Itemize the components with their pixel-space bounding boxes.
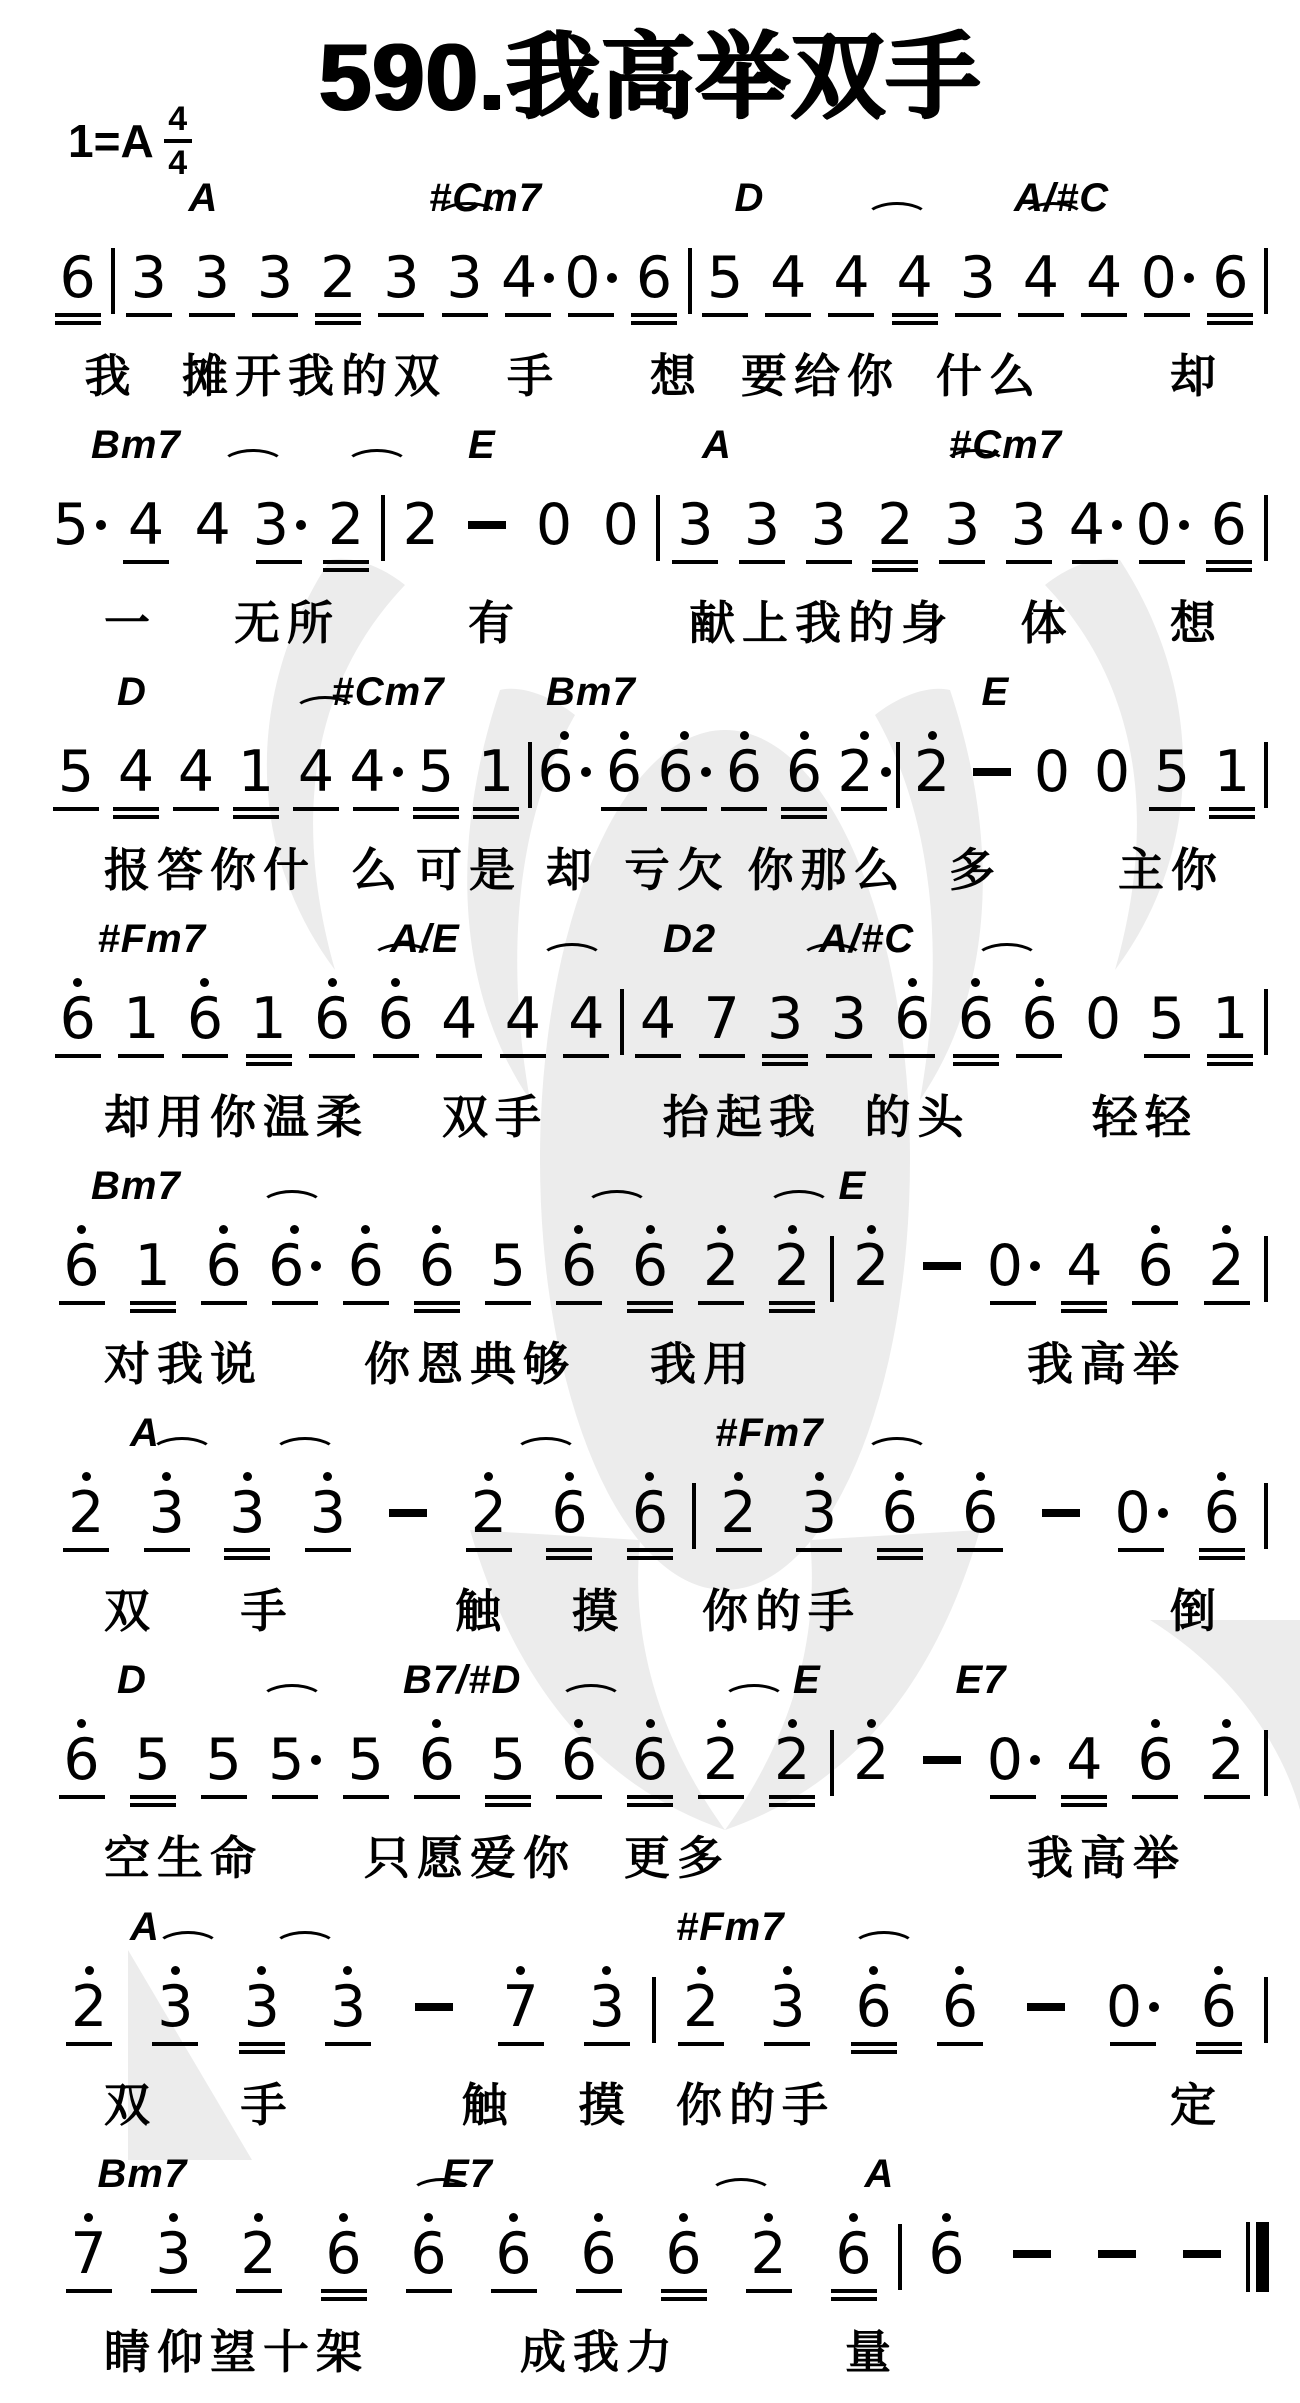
note: 3 [117,236,180,327]
underline [627,1548,673,1552]
note-digit: 4 [1086,248,1122,308]
note-digit: 4 [770,248,806,308]
note-digit: 0 [1135,495,1188,555]
lyric-group: 手 [241,1575,294,1641]
note: 1 [237,977,301,1068]
note: 6 [811,2212,896,2303]
underline-group [892,313,938,327]
note: 7 [477,1965,563,2056]
barline [526,730,534,808]
underline [584,2042,630,2046]
underline-group [721,807,767,821]
underline [831,2297,877,2301]
note-digit: 0 [1115,1483,1168,1543]
notes-row: 6161664444733666051 [0,977,1300,1075]
lyric-group: 无所 [234,587,340,653]
note-digit: 2 [403,495,439,555]
underline [765,313,811,317]
note: 3 [207,1471,288,1562]
slur-arc [709,2178,773,2210]
underline [627,1556,673,1560]
note: 3 [132,1965,218,2056]
note: 5 [472,1224,543,1315]
underline [957,1548,1003,1552]
underline-group [414,1301,460,1315]
final-barline [1244,2212,1270,2292]
underline-group [627,1301,673,1315]
note: 7 [46,2212,131,2303]
system-line-1: A#Cm7DA/#C6333233406544434406我摊开我的双手想要给你… [0,172,1300,419]
underline [130,1795,176,1799]
augmentation-dot [1158,1508,1168,1518]
underline [378,313,424,317]
slur-arc [865,1437,929,1469]
chord-label: D [117,670,147,715]
underline-group [436,1054,482,1068]
note: 3 [246,483,313,574]
underline [1196,2050,1242,2054]
underline-group [1206,560,1252,574]
note: 4 [626,977,690,1068]
underline [1207,313,1253,317]
note-digit: 0 [1085,989,1121,1049]
lyric-group: 报答你什 [104,834,316,900]
underline-group [126,313,172,327]
dash-note [1159,2212,1244,2303]
slur-arc [260,1684,324,1716]
note-digit: 6 [1211,495,1247,555]
note: 3 [729,483,796,574]
underline [272,1795,318,1799]
note-digit: 4 [568,989,604,1049]
underline [546,1548,592,1552]
note: 0 [1101,1471,1182,1562]
underline [1204,1795,1250,1799]
note-digit: 4 [640,989,676,1049]
underline-group [1149,807,1195,821]
note-digit: 2 [774,1730,810,1790]
note: 0 [978,1718,1049,1809]
underline [130,1309,176,1313]
underline [806,560,852,564]
underline [1206,568,1252,572]
slur-arc [260,1190,324,1222]
underline-group [411,2042,457,2056]
note: 6 [46,1718,117,1809]
underline [631,313,677,317]
underline-group [1204,1795,1250,1809]
note: 4 [883,236,946,327]
underline-group [877,1548,923,1562]
note-digit: 6 [958,989,994,1049]
dash-glyph [1183,2250,1221,2258]
note-digit: 4 [195,495,231,555]
note-digit: 4 [896,248,932,308]
lyric-group: 我高举 [1027,1328,1186,1394]
note: 3 [564,1965,650,2056]
underline-group [233,807,279,821]
note: 3 [288,1471,369,1562]
underline [1199,1556,1245,1560]
underline-group [343,1795,389,1809]
note-digit: 4 [128,495,164,555]
barline [654,483,662,561]
note: 6 [1181,1471,1262,1562]
note: 6 [300,977,364,1068]
lyric-group: 量 [845,2316,898,2382]
song-title: 590.我高举双手 [0,0,1300,127]
underline [315,313,361,317]
underline-group [546,1548,592,1562]
underline [1110,2042,1156,2046]
slur-arc [540,943,604,975]
lyric-group: 双 [104,1575,157,1641]
barline [109,236,117,314]
lyric-group: 你那么 [748,834,907,900]
note: 6 [1120,1718,1191,1809]
underline [841,807,887,811]
underline [1209,815,1255,819]
note-digit: 0 [564,248,617,308]
barline [690,1471,698,1549]
underline [485,1301,531,1305]
underline-group [272,1301,318,1315]
note-digit: 2 [877,495,913,555]
underline-group [806,560,852,574]
note-digit: 3 [383,248,419,308]
slur-arc [722,1684,786,1716]
lyric-group: 却 [546,834,599,900]
chord-label: A [130,1905,160,1950]
note: 6 [401,1224,472,1315]
note-digit [1027,1977,1065,2037]
underline [746,2289,792,2293]
underline [113,807,159,811]
underline [955,313,1001,317]
note-digit [1042,1483,1080,1543]
lyric-group: 我 [85,340,138,406]
lyric-group: 什么 [936,340,1042,406]
lyrics-row: 对我说你恩典够我用我高举 [0,1322,1300,1407]
underline [796,1548,842,1552]
underline-group [272,1795,318,1809]
note: 6 [615,1718,686,1809]
note: 6 [543,1718,614,1809]
note-digit: 0 [603,495,639,555]
underline-group [661,807,707,821]
dash-note [962,730,1022,821]
underline [321,2289,367,2293]
underline [353,807,399,811]
underline [953,1062,999,1066]
chord-row: D#Cm7Bm7E [0,666,1300,730]
note: 0 [521,483,588,574]
underline [233,807,279,811]
note-digit: 5 [58,742,94,802]
final-barline-thick [1256,2222,1269,2292]
notes-row: 54432200333233406 [0,483,1300,581]
underline [498,2042,544,2046]
chord-row: A#Fm7 [0,1407,1300,1471]
underline [55,1054,101,1058]
underline-group [189,313,235,327]
underline [436,1054,482,1058]
underline-group [937,2042,983,2056]
underline-group [828,313,874,327]
barline [1262,977,1270,1055]
note-digit: 6 [928,2224,964,2284]
note: 6 [1120,1224,1191,1315]
underline-group [56,560,102,574]
note: 4 [427,977,491,1068]
note-digit: 5 [490,1730,526,1790]
underline-group [1207,1054,1253,1068]
augmentation-dot [1184,273,1194,283]
note-digit: 6 [59,248,95,308]
slur-arc [273,1437,337,1469]
note-digit: 0 [1034,742,1070,802]
note-digit: 6 [1204,1483,1240,1543]
underline [1061,1309,1107,1313]
underline-group [385,1548,431,1562]
underline [1061,1301,1107,1305]
underline [661,2297,707,2301]
underline [505,313,551,317]
underline [851,2042,897,2046]
note: 4 [496,236,559,327]
system-line-8: A#Fm7233373236606双手触摸你的手定 [0,1901,1300,2148]
chord-row: Bm7EA#Cm7 [0,419,1300,483]
lyric-group: 对我说 [104,1328,263,1394]
underline [473,807,519,811]
note: 2 [902,730,962,821]
underline-group [541,807,587,821]
note-digit: 6 [665,2224,701,2284]
underline-group [500,1054,546,1068]
underline-group [130,1301,176,1315]
note-digit: 7 [502,1977,538,2037]
augmentation-dot [296,520,306,530]
note-digit: 6 [60,989,96,1049]
underline-group [398,560,444,574]
note: 2 [686,1224,757,1315]
note: 2 [836,1718,907,1809]
note-digit: 6 [63,1730,99,1790]
note-digit: 3 [157,1977,193,2037]
underline-group [323,560,369,574]
note-digit: 5 [490,1236,526,1296]
lyric-group: 轻轻 [1092,1081,1198,1147]
underline [59,1301,105,1305]
underline [762,1054,808,1058]
barline [1262,236,1270,314]
underline [627,1803,673,1807]
note-digit: 2 [1208,1730,1244,1790]
note: 1 [110,977,174,1068]
underline [601,807,647,811]
lyric-group: 倒 [1170,1575,1223,1641]
underline [698,1795,744,1799]
note: 5 [117,1718,188,1809]
barline [894,730,902,808]
note-digit: 2 [853,1730,889,1790]
note-digit: 3 [446,248,482,308]
note-digit: 3 [769,1977,805,2037]
underline-group [1029,807,1075,821]
underline [699,1054,745,1058]
note: 0 [978,1224,1049,1315]
system-line-9: Bm7E7A73266666266睛仰望十架成我力量 [0,2148,1300,2395]
note: 6 [330,1224,401,1315]
note-digit: 6 [1212,248,1248,308]
underline [1132,1795,1178,1799]
lyric-group: 双手 [442,1081,548,1147]
underline [413,815,459,819]
note-digit: 2 [703,1730,739,1790]
note-digit: 6 [632,1236,668,1296]
note-digit: 6 [881,1483,917,1543]
note-digit: 3 [677,495,713,555]
lyric-group: 摸 [572,1575,625,1641]
barline [618,977,626,1055]
note-digit: 4 [501,248,554,308]
underline-group [556,1795,602,1809]
note-digit: 6 [1201,1977,1237,2037]
chord-label: E [793,1658,821,1703]
underline-group [491,2289,537,2303]
note-digit: 6 [419,1730,455,1790]
underline-group [848,1795,894,1809]
lyric-group: 成我力 [520,2316,679,2382]
underline-group [1196,2042,1242,2056]
underline [1209,807,1255,811]
note: 4 [1009,236,1072,327]
lyric-group: 有 [468,587,521,653]
note-digit: 0 [987,1236,1040,1296]
underline-group [919,1301,965,1315]
note-digit [389,1483,427,1543]
underline [130,1301,176,1305]
underline [118,1054,164,1058]
underline [627,1309,673,1313]
note: 6 [859,1471,940,1562]
dash-glyph [1013,2250,1051,2258]
lyrics-row: 空生命只愿爱你更多我高举 [0,1816,1300,1901]
note: 6 [1176,1965,1262,2056]
augmentation-dot [881,767,891,777]
underline [556,1301,602,1305]
underline-group [563,1054,609,1068]
note: 3 [243,236,306,327]
underline-group [498,2042,544,2056]
underline [272,1301,318,1305]
underline [1061,1795,1107,1799]
note: 0 [559,236,622,327]
score-content: 590.我高举双手 1=A 4 4 A#Cm7DA/#C633323340654… [0,0,1300,127]
dash-glyph [1098,2250,1136,2258]
chord-label: E [982,670,1010,715]
augmentation-dot [1179,520,1189,530]
underline [716,1548,762,1552]
note-digit: 1 [478,742,514,802]
underline-group [953,1054,999,1068]
note: 2 [862,483,929,574]
slur-arc [800,943,864,975]
underline [769,1301,815,1305]
underline-group [59,1301,105,1315]
note: 6 [188,1224,259,1315]
underline-group [442,313,488,327]
underline [309,1054,355,1058]
underline [1199,1548,1245,1552]
barline [1262,1471,1270,1549]
augmentation-dot [393,767,403,777]
underline-group [1006,560,1052,574]
underline-group [1016,1054,1062,1068]
note: 7 [690,977,754,1068]
note-digit: 3 [194,248,230,308]
chord-row: A#Cm7DA/#C [0,172,1300,236]
note: 2 [387,483,454,574]
underline-group [130,1795,176,1809]
underline-group [224,1548,270,1562]
underline-group [473,807,519,821]
note-digit: 5 [1148,989,1184,1049]
underline [568,313,614,317]
note: 2 [686,1718,757,1809]
underline [239,2050,285,2054]
barline [1262,1965,1270,2043]
underline-group [1209,807,1255,821]
lyrics-row: 却用你温柔双手抬起我的头轻轻 [0,1075,1300,1160]
slur-arc [293,696,357,728]
note: 4 [757,236,820,327]
note-digit: 6 [378,989,414,1049]
note-digit: 2 [683,1977,719,2037]
final-barline-thin [1246,2222,1250,2292]
note: 3 [433,236,496,327]
underline-group [256,560,302,574]
note: 5 [472,1718,543,1809]
slur-arc [410,2178,474,2210]
underline-group [672,560,718,574]
underline-group [305,1548,351,1562]
note-digit: 3 [589,1977,625,2037]
underline-group [939,560,985,574]
note-digit: 3 [1011,495,1047,555]
underline [828,313,874,317]
slur-arc [436,202,500,234]
underline-group [1038,1548,1084,1562]
lyric-group: 想 [1170,587,1223,653]
underline-group [378,313,424,327]
note: 6 [917,1965,1003,2056]
note: 6 [401,1718,472,1809]
note: 3 [305,1965,391,2056]
note: 2 [834,730,894,821]
note-digit [1098,2224,1136,2284]
note-digit: 7 [70,2224,106,2284]
underline-group [661,2289,707,2303]
notes-row: 233373236606 [0,1965,1300,2063]
dash-note [1020,1471,1101,1562]
underline [485,1795,531,1799]
note-digit: 4 [1069,495,1122,555]
underline-group [173,807,219,821]
underline-group [1139,560,1185,574]
note: 6 [641,2212,726,2303]
note-digit: 6 [561,1236,597,1296]
